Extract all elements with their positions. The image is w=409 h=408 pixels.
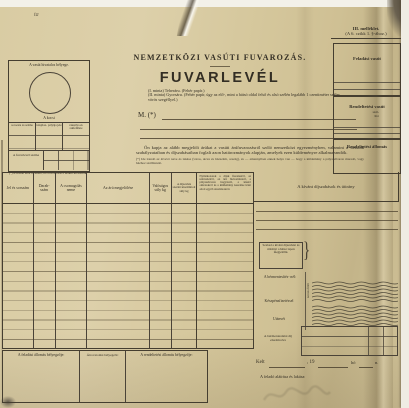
signature-label: A feladó aláírása és lakása:: [260, 374, 305, 379]
franking-divider: [305, 272, 306, 330]
waybill-number-label: A fuvarlevél száma: [9, 151, 44, 170]
date-day-blank: [359, 367, 373, 368]
crossed-out-area-1: [312, 281, 398, 302]
currency-note-rotated: korona fillér: [306, 283, 310, 298]
wagon-table: sorozata és száma tulajdon- pályája jele…: [9, 122, 89, 151]
annex-line2: (A 6. czikk 1. §-ához.): [331, 31, 401, 38]
franking-note-box: Szabad a kívánt díjszabást és útirányt a…: [259, 242, 303, 269]
annex-note: III. melléklet. (A 6. czikk 1. §-ához.): [331, 26, 401, 39]
franking-label: A bérmentesítés- nél:: [258, 275, 302, 279]
destination-station-stamp-cell: A rendeltetési állomás bélyegzője:: [126, 351, 207, 402]
goods-table-body: [3, 204, 253, 348]
destination-station-box: Rendeltetési állomás: [333, 138, 401, 174]
destination-railway-box: Rendeltetési vasút: [333, 95, 401, 140]
col-packaging: A csomagolás neme: [56, 173, 88, 203]
scan-top-edge: [0, 0, 409, 7]
date-year: , 19: [307, 360, 315, 365]
date-line: Kelt , 19 hó n.: [256, 360, 400, 370]
date-month-suffix: hó: [351, 360, 356, 365]
cash-payment-label: Készpénzfizetéssel: [256, 299, 302, 303]
waybill-scan: ta III. melléklet. (A 6. czikk 1. §-ához…: [0, 0, 409, 408]
page-title: FUVARLEVÉL: [133, 70, 307, 86]
date-prefix: Kelt: [256, 360, 265, 365]
route-line-3: [256, 229, 398, 230]
waybill-number-row: A fuvarlevél száma: [9, 150, 89, 170]
ghost-handwriting: [262, 384, 332, 406]
col-mark-number: Jel és sorszám: [3, 173, 34, 203]
wagon-label: A kocsi: [9, 116, 89, 120]
body-paragraph: Ön kapja az alább megjelölt árúkat a vas…: [136, 145, 364, 156]
station-stamps-row: A feladási állomás bélyegzője: Átrovatol…: [2, 350, 208, 403]
addressee-line-2: [140, 129, 357, 130]
wagon-col-series: sorozata és száma: [9, 123, 36, 151]
date-year-blank: [318, 367, 348, 368]
route-header: A kívánt díjszabások és útirány: [254, 172, 399, 202]
railway-stamp-box: A vasút hivatalos bélyege. A kocsi soroz…: [8, 60, 90, 172]
wagon-col-capacity: raksúlya és rakfelülete: [63, 123, 89, 151]
destination-railway-label: Rendeltetési vasút: [334, 96, 400, 109]
stamp-circle: [29, 72, 71, 114]
col-piece-count: Darab- szám: [34, 173, 56, 203]
header-title: NEMZETKÖZI VASÚTI FUVAROZÁS.: [133, 53, 307, 62]
crossed-out-area-2: [312, 305, 398, 326]
title-rule: [210, 66, 230, 67]
route-line-1: [256, 211, 398, 212]
stamp-box-title: A vasút hivatalos bélyege.: [9, 63, 89, 67]
cod-label: Utánvét: [260, 317, 298, 321]
route-line-2: [256, 220, 398, 221]
col-goods-description: Az árú megjelölése: [87, 173, 149, 203]
date-day-suffix: n.: [375, 360, 378, 365]
destination-station-label: Rendeltetési állomás: [334, 139, 400, 149]
col-tariff-weight: A díjszabás szerint kiszámított súly kg: [172, 173, 198, 203]
col-actual-weight: Valóságos súly kg: [150, 173, 172, 203]
dispatch-railway-label: Feladási vasút: [334, 44, 400, 61]
subtitle-line2: (II. minta) Gyorsáru. (Fehér papír, úgy …: [148, 93, 348, 103]
waybill-number-cells: [44, 151, 89, 170]
transit-stamp-cell: Átrovatolási bélyegzői:: [80, 351, 126, 402]
settled-amount-grid: [301, 326, 398, 356]
wagon-col-owner: tulajdon- pályája jele: [36, 123, 63, 151]
dispatch-railway-box: Feladási vasút: [333, 43, 401, 97]
addressee-line-1: [162, 119, 356, 120]
col-declarations: Nyilatkozatok a díjak fizetéséről, az ut…: [197, 173, 253, 203]
handwriting-mark: ta: [34, 12, 39, 18]
goods-table-header: Jel és sorszám Darab- szám A csomagolás …: [3, 173, 253, 204]
brace-glyph: }: [303, 239, 310, 265]
goods-table: Jel és sorszám Darab- szám A csomagolás …: [2, 172, 254, 349]
addressee-prefix: M. (*): [138, 111, 156, 119]
dispatch-station-stamp-cell: A feladási állomás bélyegzője:: [3, 351, 80, 402]
page-footnote: (*) Ide írandó az átvevő neve és lakása …: [136, 157, 364, 165]
scan-right-edge: [401, 0, 409, 408]
settled-label: A bérmentesítési díj elszámolva: [256, 334, 300, 342]
addressee-line-3: [140, 138, 357, 139]
date-place-blank: [269, 367, 305, 368]
